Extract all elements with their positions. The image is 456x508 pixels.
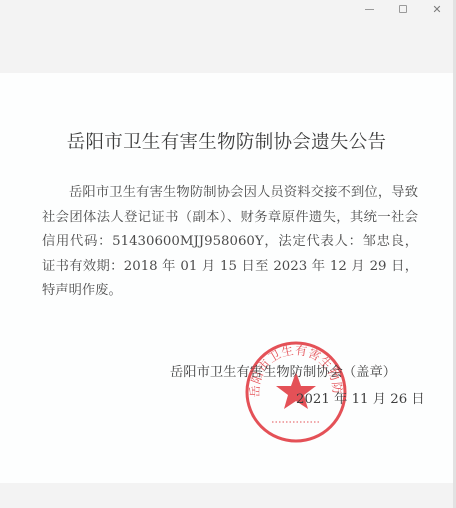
minimize-button[interactable] bbox=[354, 0, 384, 18]
notice-body: 岳阳市卫生有害生物防制协会因人员资料交接不到位，导致社会团体法人登记证书（副本）… bbox=[42, 181, 418, 304]
bottom-bar bbox=[0, 483, 453, 508]
minimize-icon bbox=[365, 9, 374, 10]
close-button[interactable]: ✕ bbox=[422, 0, 452, 18]
notice-title: 岳阳市卫生有害生物防制协会遗失公告 bbox=[0, 128, 453, 154]
document-image: 岳阳市卫生有害生物防制协会遗失公告 岳阳市卫生有害生物防制协会因人员资料交接不到… bbox=[0, 73, 453, 483]
notice-paragraph: 岳阳市卫生有害生物防制协会因人员资料交接不到位，导致社会团体法人登记证书（副本）… bbox=[42, 181, 418, 304]
window: ✕ 岳阳市卫生有害生物防制协会遗失公告 岳阳市卫生有害生物防制协会因人员资料交接… bbox=[0, 0, 456, 508]
signature-line: 岳阳市卫生有害生物防制协会（盖章） bbox=[170, 361, 396, 380]
close-icon: ✕ bbox=[432, 4, 441, 15]
maximize-button[interactable] bbox=[388, 0, 418, 18]
notice-date: 2021 年 11 月 26 日 bbox=[296, 388, 425, 407]
maximize-icon bbox=[399, 5, 407, 13]
title-bar: ✕ bbox=[0, 0, 456, 73]
